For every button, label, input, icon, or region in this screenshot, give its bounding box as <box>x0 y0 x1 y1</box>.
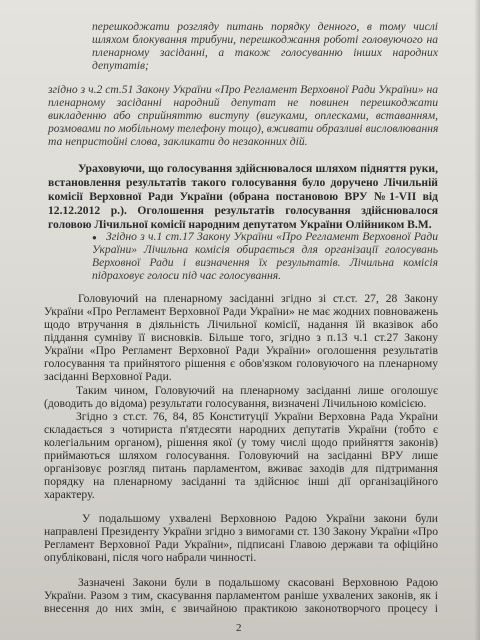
text-line: України. Разом з тим, скасування парламе… <box>44 589 438 603</box>
text-line: колегіальним органом), рішення якої (у т… <box>44 436 438 450</box>
text-line: голосування та прийнятого рішення є обов… <box>44 357 438 371</box>
text-line: Згідно з ст.ст. 76, 84, 85 Конституції У… <box>76 410 438 424</box>
text-line: Таким чином, Головуючий на пленарному за… <box>76 384 438 398</box>
text-line: комісії Верховної Ради України (обрана п… <box>48 190 438 204</box>
text-line: пленарному засіданні народний депутат не… <box>48 96 438 110</box>
text-line: опубліковані, після чого набрали чинност… <box>44 551 256 565</box>
text-line: шляхом блокування трибуни, перешкоджання… <box>92 33 438 47</box>
text-line: щодо втручання в діяльність Лічильної ко… <box>44 318 438 332</box>
text-line: характеру. <box>44 488 95 502</box>
text-line: України» Лічильна комісія обирається для… <box>92 243 438 257</box>
text-line: Верховної Ради і визначення їх результат… <box>92 256 438 270</box>
bullet-icon: ● <box>92 233 97 242</box>
text-line: 12.12.2012 р.). Оголошення результатів г… <box>48 204 438 218</box>
text-line: Зазначені Закони були в подальшому скасо… <box>78 576 438 590</box>
text-line: Регламент Верховної Ради України», підпи… <box>44 538 438 552</box>
text-line: (доводить до відома) результати голосува… <box>44 397 426 411</box>
text-line: пленарному засіданні, а також голосуванн… <box>92 46 438 60</box>
text-line: підраховує голоси під час голосування. <box>92 269 281 283</box>
text-line: засіданні Верховної Ради. <box>44 370 172 384</box>
text-line: У подальшому ухвалені Верховною Радою Ук… <box>82 512 438 526</box>
text-line: розмовами по мобільному телефону тощо), … <box>48 122 438 136</box>
paper-edge-shadow <box>474 0 480 640</box>
page-number: 2 <box>236 622 242 634</box>
text-line: направлені Президенту України згідно з в… <box>44 525 438 539</box>
text-line: України «Про Регламент Верховної Ради Ук… <box>44 344 438 358</box>
text-line: згідно з ч.2 ст.51 Закону України «Про Р… <box>48 83 438 97</box>
text-line: піддання сумніву її висновків. Більше то… <box>44 331 438 345</box>
text-line: Ураховуючи, що голосування здійснювалося… <box>78 162 438 176</box>
text-line: внесення до них змін, є звичайною практи… <box>44 602 438 616</box>
text-line: складається з чотириста п'ятдесяти народ… <box>44 423 438 437</box>
document-page: перешкоджати розгляду питань порядку ден… <box>0 0 480 640</box>
text-line: перешкоджати розгляду питань порядку ден… <box>92 20 438 34</box>
text-line: Головуючий на пленарному засіданні згідн… <box>78 292 438 306</box>
text-line: організовує розгляд питань парламентом, … <box>44 462 438 476</box>
text-line: Згідно з ч.1 ст.17 Закону України «Про Р… <box>106 230 438 244</box>
text-line: України «Про Регламент Верховної Ради Ук… <box>44 305 438 319</box>
text-line: депутатів; <box>92 59 149 73</box>
text-line: порядку на пленарному засіданні та здійс… <box>44 475 438 489</box>
text-line: встановлення результатів такого голосува… <box>48 176 438 190</box>
text-line: та непристойні слова, закликати до незак… <box>48 135 308 149</box>
text-line: приймаються шляхом голосування. Головуюч… <box>44 449 438 463</box>
text-line: викладенню або сприйняттю виступу (вигук… <box>48 109 438 123</box>
